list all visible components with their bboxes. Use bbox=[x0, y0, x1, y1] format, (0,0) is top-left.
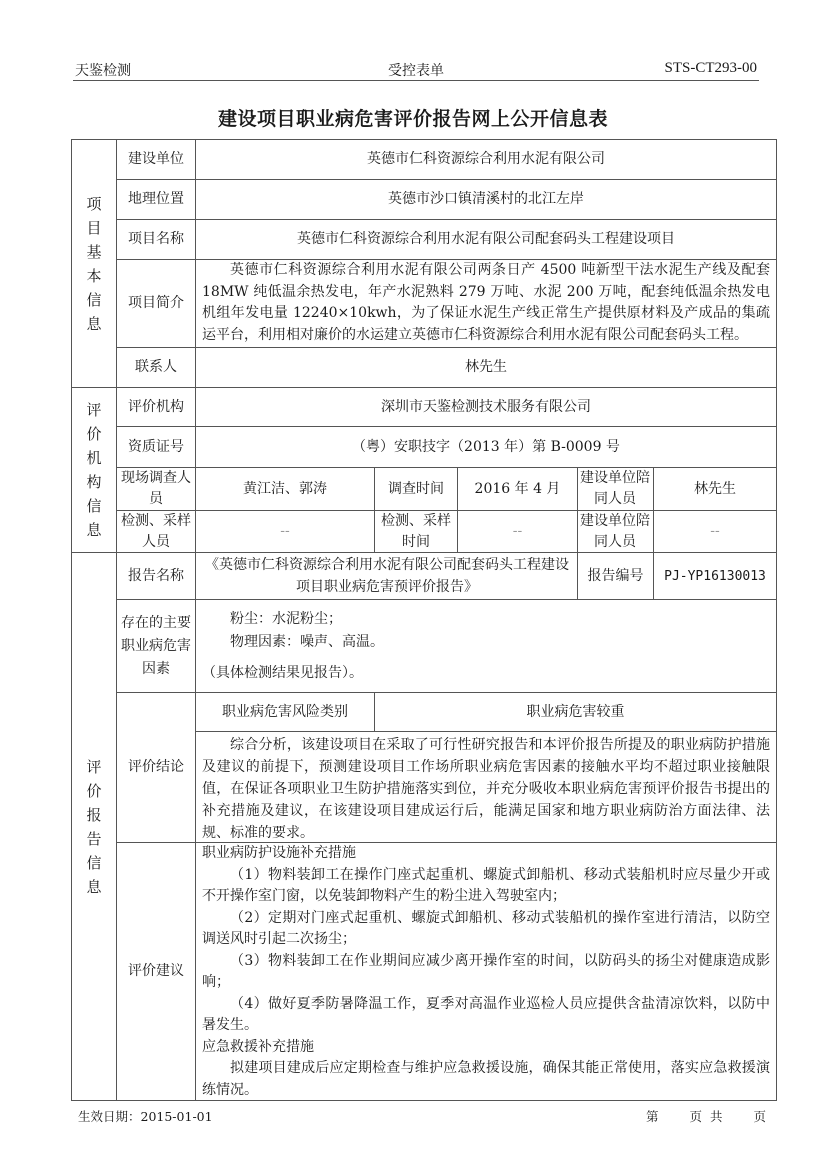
label-eval-org: 评价机构 bbox=[117, 388, 195, 426]
label-construction-unit: 建设单位 bbox=[117, 140, 195, 179]
page-title: 建设项目职业病危害评价报告网上公开信息表 bbox=[0, 104, 826, 131]
label-char: 信 bbox=[86, 494, 101, 518]
label-contact: 联系人 bbox=[117, 348, 195, 387]
label-char: 价 bbox=[86, 422, 101, 446]
value-survey-accompany: 林先生 bbox=[654, 468, 776, 510]
label-survey-accompany: 建设单位陪同人员 bbox=[580, 468, 650, 510]
section-label-agency: 评 价 机 构 信 息 bbox=[72, 388, 116, 552]
value-project-summary: 英德市仁科资源综合利用水泥有限公司两条日产 4500 吨新型干法水泥生产线及配套… bbox=[196, 260, 776, 347]
label-report-name: 报告名称 bbox=[117, 553, 195, 599]
value-sampling-staff: -- bbox=[196, 511, 374, 552]
label-char: 息 bbox=[86, 875, 101, 899]
value-report-name: 《英德市仁科资源综合利用水泥有限公司配套码头工程建设项目职业病危害预评价报告》 bbox=[200, 553, 574, 599]
label-char: 机 bbox=[86, 446, 101, 470]
protection-item: （4）做好夏季防暑降温工作，夏季对高温作业巡检人员应提供含盐清凉饮料，以防中暑发… bbox=[202, 994, 770, 1037]
label-char: 评 bbox=[86, 398, 101, 422]
label-sampling-staff: 检测、采样人员 bbox=[119, 511, 193, 552]
conclusion-text: 综合分析，该建设项目在采取了可行性研究报告和本评价报告所提及的职业病防护措施及建… bbox=[202, 734, 770, 844]
label-location: 地理位置 bbox=[117, 180, 195, 219]
value-sampling-accompany: -- bbox=[654, 511, 776, 552]
value-survey-time: 2016 年 4 月 bbox=[458, 468, 577, 510]
label-suggestion: 评价建议 bbox=[117, 843, 195, 1100]
emergency-item: 拟建项目建成后应定期检查与维护应急救援设施，确保其能正常使用，落实应急救援演练情… bbox=[202, 1058, 770, 1101]
page-number: 第 页 共 页 bbox=[646, 1107, 768, 1125]
project-summary-text: 英德市仁科资源综合利用水泥有限公司两条日产 4500 吨新型干法水泥生产线及配套… bbox=[202, 260, 770, 346]
label-risk-category: 职业病危害风险类别 bbox=[196, 693, 374, 731]
value-eval-org: 深圳市天鉴检测技术服务有限公司 bbox=[196, 388, 776, 426]
value-project-name: 英德市仁科资源综合利用水泥有限公司配套码头工程建设项目 bbox=[196, 220, 776, 259]
label-sampling-time: 检测、采样时间 bbox=[377, 511, 455, 552]
value-construction-unit: 英德市仁科资源综合利用水泥有限公司 bbox=[196, 140, 776, 179]
header-doc-code: STS-CT293-00 bbox=[664, 60, 757, 77]
hazard-note: （具体检测结果见报告）。 bbox=[202, 662, 384, 685]
hazard-physical: 物理因素：噪声、高温。 bbox=[202, 631, 384, 654]
value-report-no: PJ-YP16130013 bbox=[654, 553, 776, 599]
protection-item: （2）定期对门座式起重机、螺旋式卸船机、移动式装船机的操作室进行清洁，以防空调送… bbox=[202, 908, 770, 951]
col-divider bbox=[577, 467, 578, 552]
protection-item: （3）物料装卸工在作业期间应减少离开操作室的时间，以防码头的扬尘对健康造成影响； bbox=[202, 951, 770, 994]
label-survey-staff: 现场调查人员 bbox=[119, 468, 193, 510]
table-border-right bbox=[776, 139, 777, 1101]
label-char: 报 bbox=[86, 803, 101, 827]
label-main-hazards: 存在的主要职业病危害因素 bbox=[119, 600, 193, 692]
label-char: 价 bbox=[86, 779, 101, 803]
label-char: 构 bbox=[86, 470, 101, 494]
protection-title: 职业病防护设施补充措施 bbox=[202, 843, 770, 865]
emergency-title: 应急救援补充措施 bbox=[202, 1037, 770, 1059]
label-char: 评 bbox=[86, 755, 101, 779]
label-char: 项 bbox=[86, 192, 101, 216]
value-sampling-time: -- bbox=[458, 511, 577, 552]
label-char: 本 bbox=[86, 264, 101, 288]
label-report-no: 报告编号 bbox=[578, 553, 653, 599]
protection-item: （1）物料装卸工在操作门座式起重机、螺旋式卸船机、移动式装船机时应尽量少开或不开… bbox=[202, 865, 770, 908]
label-cert-no: 资质证号 bbox=[117, 427, 195, 467]
label-char: 信 bbox=[86, 288, 101, 312]
label-char: 息 bbox=[86, 518, 101, 542]
section-label-report: 评 价 报 告 信 息 bbox=[72, 553, 116, 1100]
label-char: 信 bbox=[86, 851, 101, 875]
value-survey-staff: 黄江洁、郭涛 bbox=[196, 468, 374, 510]
value-main-hazards: 粉尘：水泥粉尘； 物理因素：噪声、高温。 （具体检测结果见报告）。 bbox=[196, 600, 776, 692]
value-conclusion: 综合分析，该建设项目在采取了可行性研究报告和本评价报告所提及的职业病防护措施及建… bbox=[196, 732, 776, 842]
hazard-dust: 粉尘：水泥粉尘； bbox=[202, 608, 384, 631]
label-project-name: 项目名称 bbox=[117, 220, 195, 259]
page-header: 天鉴检测 受控表单 STS-CT293-00 bbox=[73, 58, 759, 81]
label-char: 目 bbox=[86, 216, 101, 240]
label-char: 基 bbox=[86, 240, 101, 264]
value-contact: 林先生 bbox=[196, 348, 776, 387]
label-conclusion: 评价结论 bbox=[117, 693, 195, 842]
label-survey-time: 调查时间 bbox=[375, 468, 457, 510]
label-project-summary: 项目简介 bbox=[117, 260, 195, 347]
section-label-project: 项 目 基 本 信 息 bbox=[72, 140, 116, 387]
header-form-type: 受控表单 bbox=[73, 60, 759, 80]
effective-date: 生效日期：2015-01-01 bbox=[78, 1107, 213, 1125]
value-cert-no: （粤）安职技字（2013 年）第 B-0009 号 bbox=[196, 427, 776, 467]
label-sampling-accompany: 建设单位陪同人员 bbox=[580, 511, 650, 552]
value-location: 英德市沙口镇清溪村的北江左岸 bbox=[196, 180, 776, 219]
label-char: 告 bbox=[86, 827, 101, 851]
value-risk-category: 职业病危害较重 bbox=[375, 693, 776, 731]
value-suggestion: 职业病防护设施补充措施 （1）物料装卸工在操作门座式起重机、螺旋式卸船机、移动式… bbox=[196, 843, 776, 1100]
label-char: 息 bbox=[86, 312, 101, 336]
